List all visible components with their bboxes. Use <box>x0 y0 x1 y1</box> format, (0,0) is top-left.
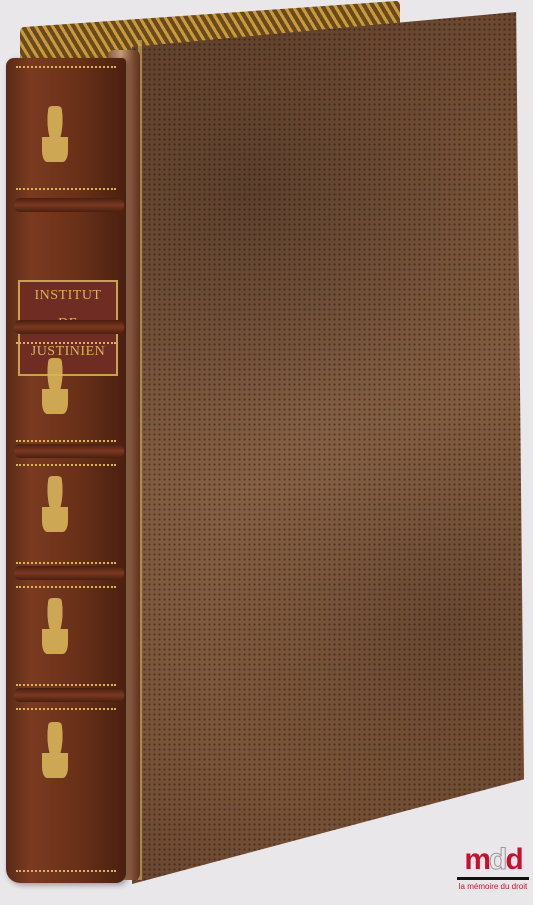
spine-raised-band <box>14 198 124 212</box>
wheat-sheaf-icon <box>42 358 68 414</box>
mdd-logo: mdd la mémoire du droit <box>457 845 529 891</box>
logo-mark: mdd <box>457 845 529 875</box>
logo-underline <box>457 877 529 880</box>
spine-raised-band <box>14 566 124 580</box>
book-photo: INSTITUT DE JUSTINIEN <box>0 0 533 905</box>
spine-raised-band <box>14 688 124 702</box>
logo-tagline: la mémoire du droit <box>457 882 529 891</box>
book-front-cover <box>132 12 524 884</box>
wheat-sheaf-icon <box>42 476 68 532</box>
wheat-sheaf-icon <box>42 598 68 654</box>
spine-raised-band <box>14 444 124 458</box>
book-spine: INSTITUT DE JUSTINIEN <box>6 58 126 883</box>
wheat-sheaf-icon <box>42 722 68 778</box>
wheat-sheaf-icon <box>42 106 68 162</box>
spine-raised-band <box>14 320 124 334</box>
